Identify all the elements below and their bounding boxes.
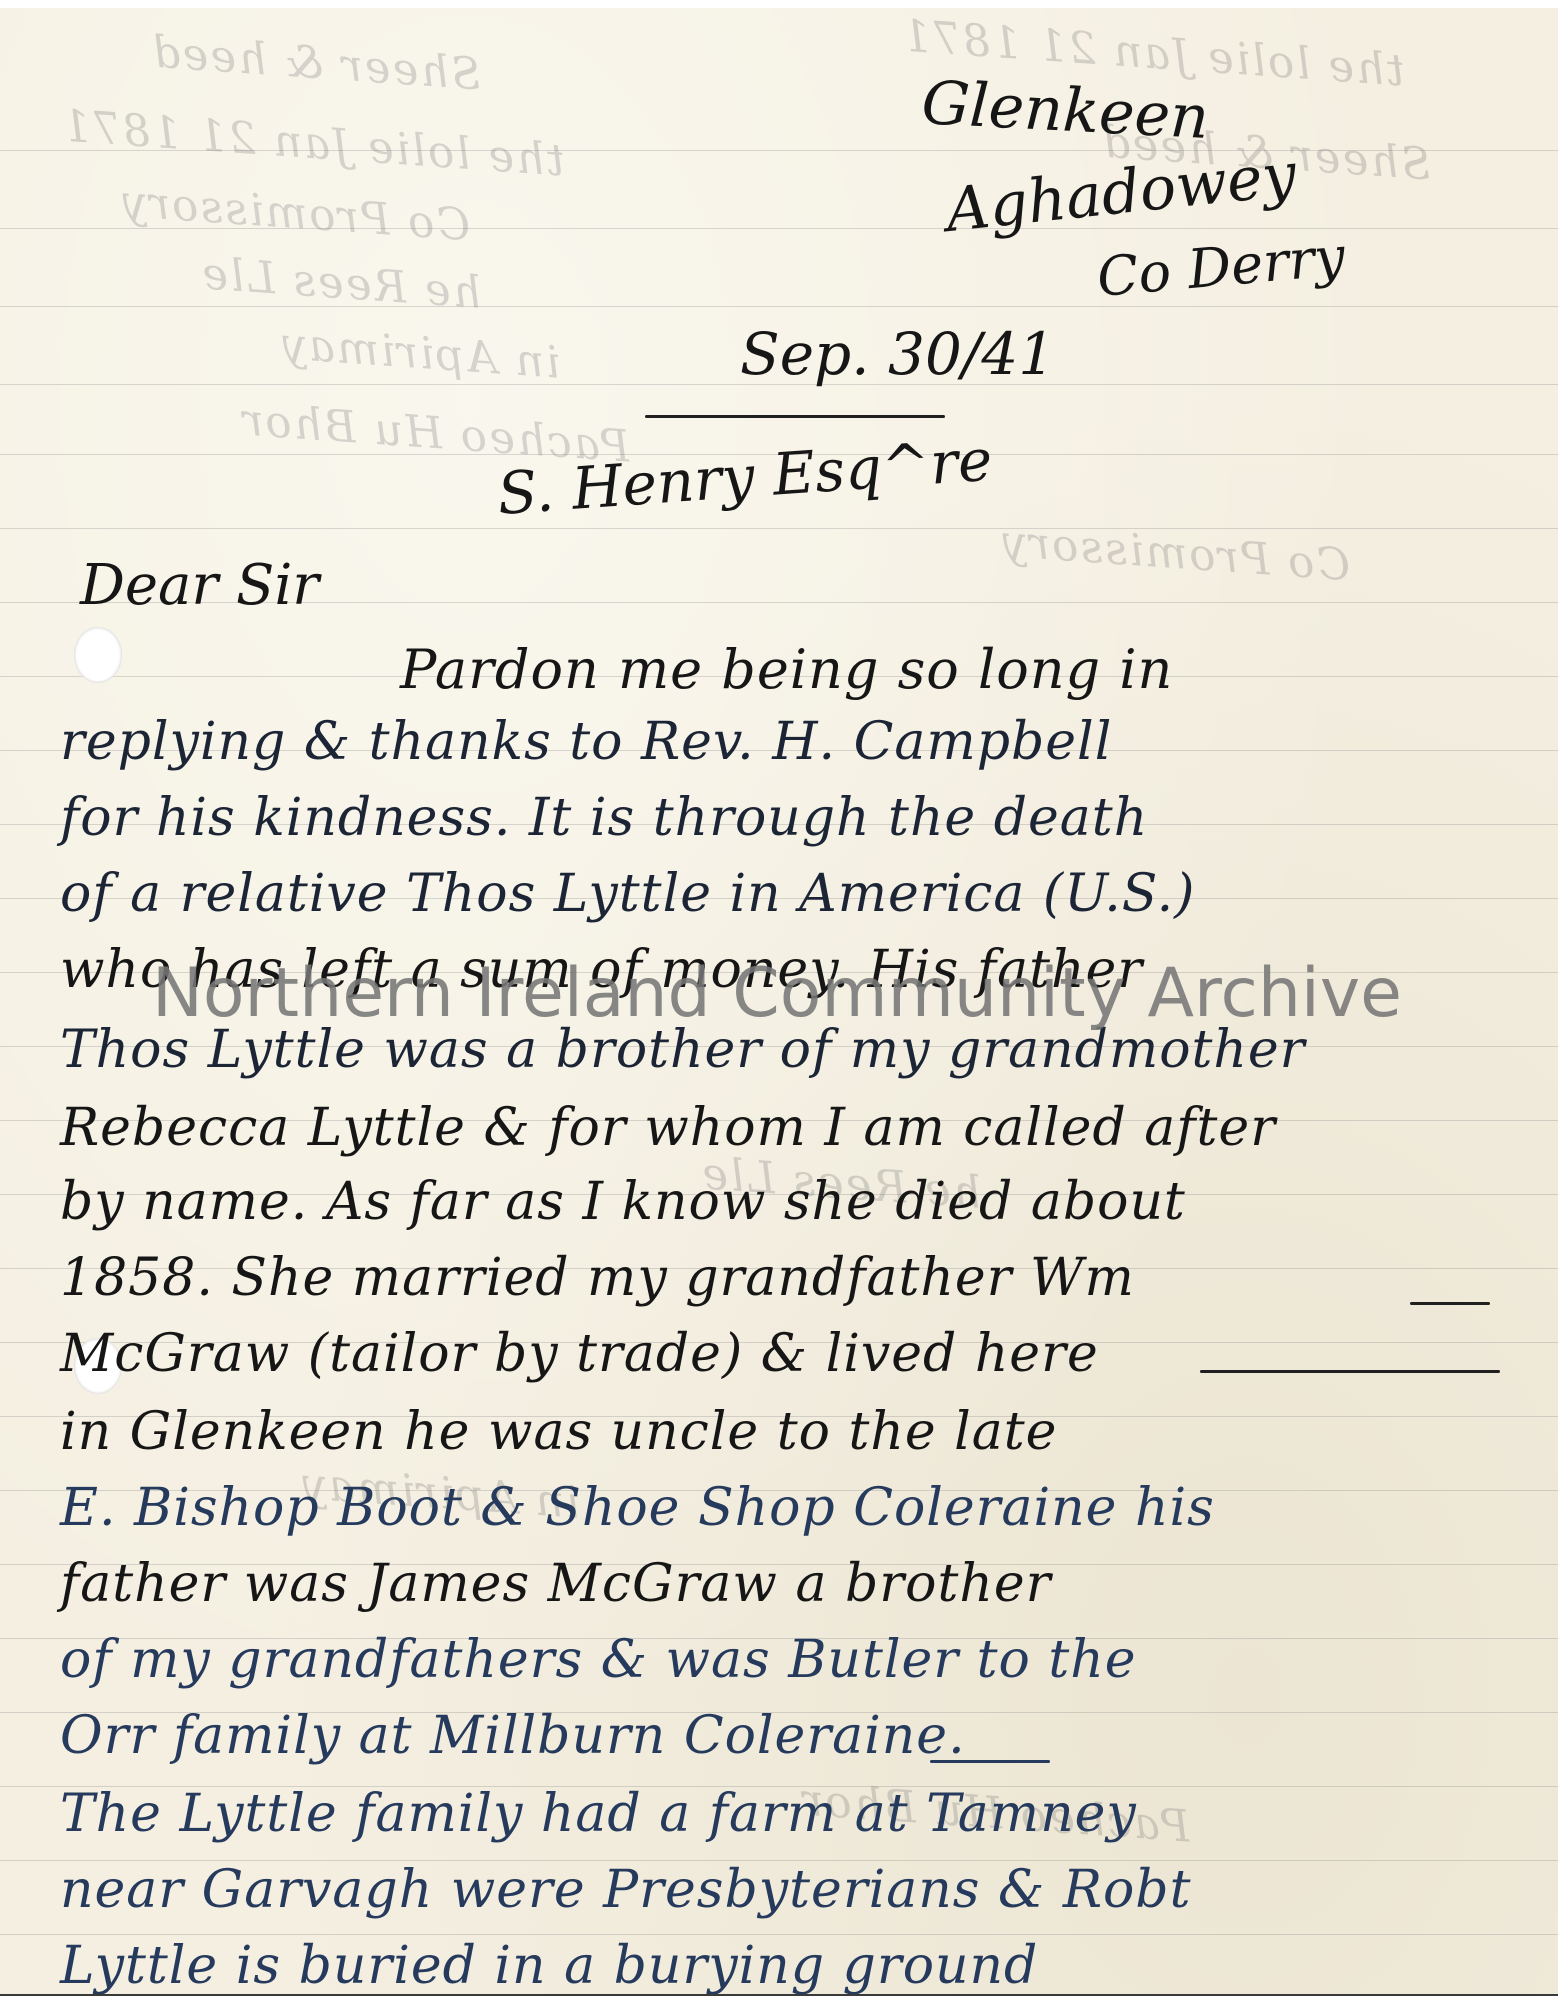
body-line: The Lyttle family had a farm at Tamney — [60, 1784, 1137, 1844]
archive-watermark: Northern Ireland Community Archive — [152, 954, 1402, 1033]
body-line: of a relative Thos Lyttle in America (U.… — [60, 864, 1195, 924]
letter-date: Sep. 30/41 — [740, 320, 1055, 388]
body-line: McGraw (tailor by trade) & lived here — [60, 1324, 1099, 1384]
body-line: E. Bishop Boot & Shoe Shop Coleraine his — [60, 1478, 1215, 1538]
bleed-through-text: Co Promissory — [119, 176, 472, 251]
ruled-line — [0, 1934, 1558, 1935]
date-underline — [645, 415, 945, 418]
body-line: for his kindness. It is through the deat… — [60, 788, 1148, 848]
bleed-through-text: Sheer & heed — [149, 27, 483, 101]
body-line: 1858. She married my grandfather Wm — [60, 1248, 1135, 1308]
bleed-through-text: he Rees Lle — [199, 248, 483, 319]
ruled-line — [0, 528, 1558, 529]
address-line-3: Co Derry — [1095, 225, 1348, 309]
body-line: replying & thanks to Rev. H. Campbell — [60, 712, 1112, 772]
strike-underline — [1200, 1370, 1500, 1373]
address-line-1: Glenkeen — [920, 68, 1211, 153]
body-line: Rebecca Lyttle & for whom I am called af… — [60, 1098, 1276, 1158]
ruled-line — [0, 306, 1558, 307]
bleed-through-text: the lolie Jan 21 1871 — [59, 100, 566, 186]
body-line: in Glenkeen he was uncle to the late — [60, 1402, 1057, 1462]
name-underline — [1410, 1302, 1490, 1305]
salutation: Dear Sir — [80, 553, 319, 618]
line-underline — [930, 1760, 1050, 1763]
punch-hole — [74, 627, 122, 683]
bleed-through-text: in Apirimay — [279, 318, 562, 388]
body-line: father was James McGraw a brother — [60, 1554, 1051, 1614]
body-line: Pardon me being so long in — [400, 638, 1173, 701]
body-line: near Garvagh were Presbyterians & Robt — [60, 1860, 1191, 1920]
body-line: of my grandfathers & was Butler to the — [60, 1630, 1137, 1690]
body-line: Orr family at Millburn Coleraine. — [60, 1706, 966, 1766]
letter-page: Sheer & heed the lolie Jan 21 1871 Co Pr… — [0, 8, 1558, 1996]
body-line: by name. As far as I know she died about — [60, 1172, 1186, 1232]
body-line: Lyttle is buried in a burying ground — [60, 1936, 1038, 1996]
